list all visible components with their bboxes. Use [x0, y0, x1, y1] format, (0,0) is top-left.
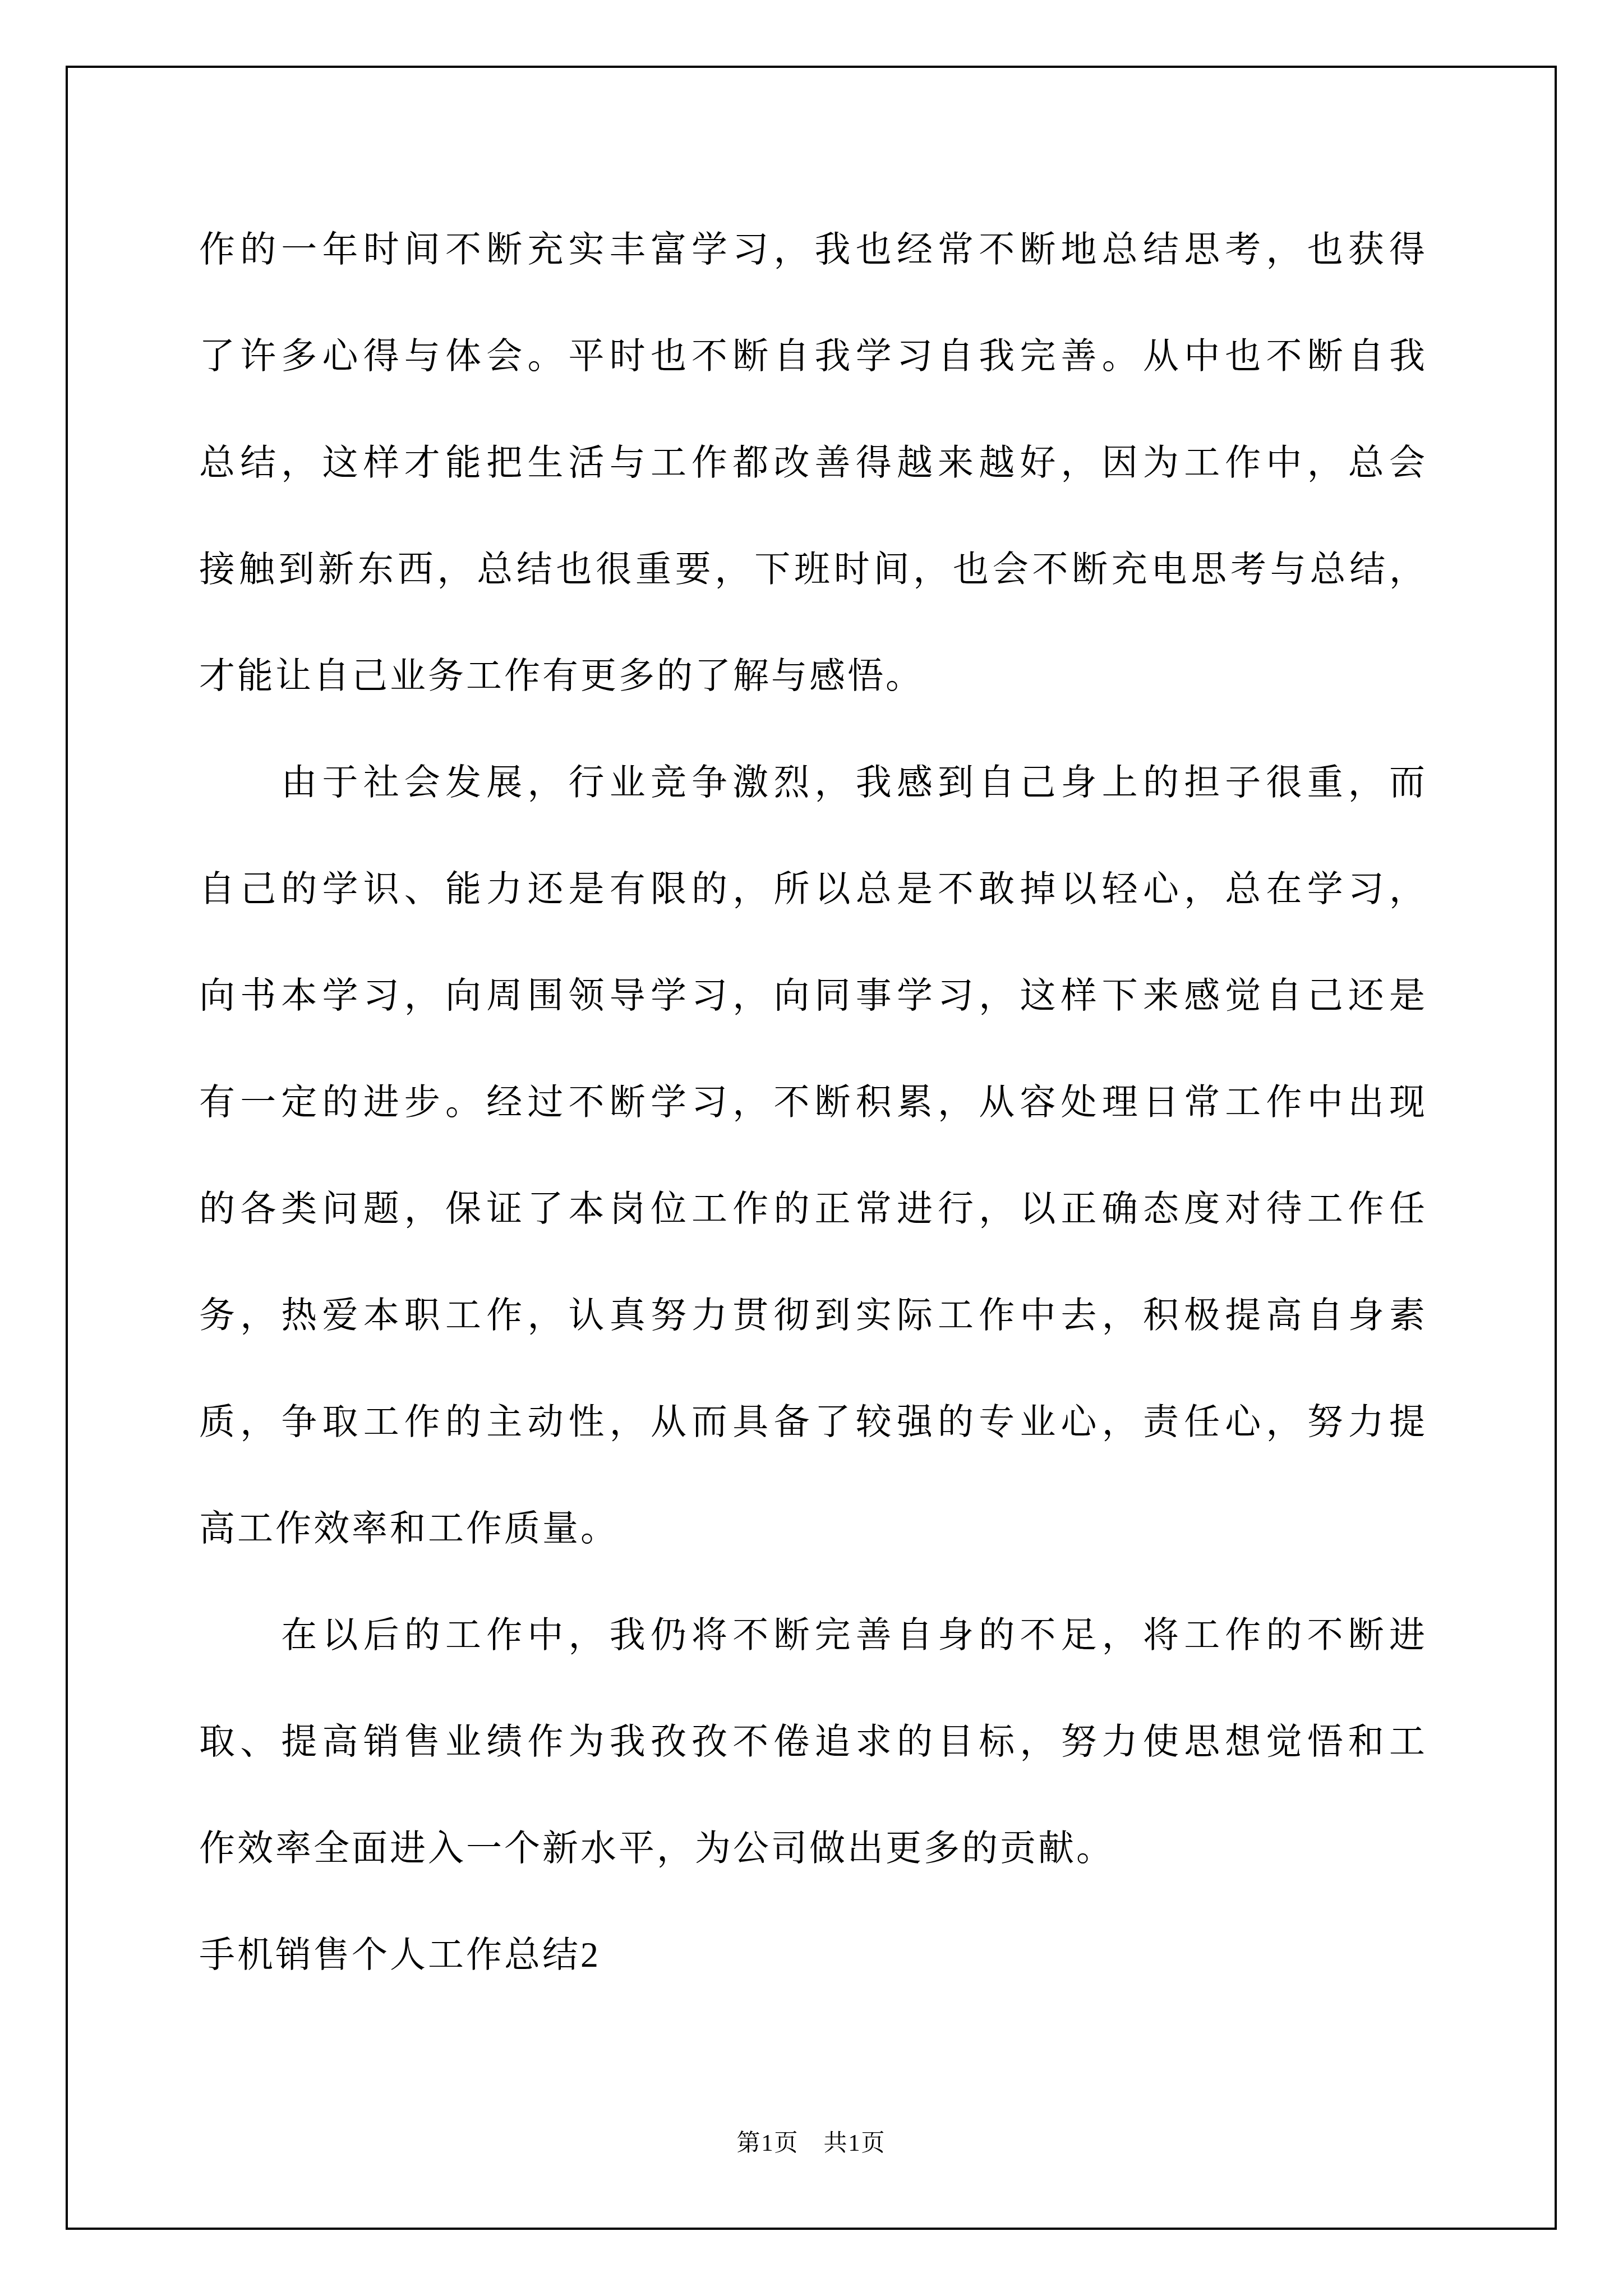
page-border-frame: 作的一年时间不断充实丰富学习，我也经常不断地总结思考，也获得了许多心得与体会。平… — [66, 66, 1557, 2230]
page-footer: 第1页 共1页 — [68, 2124, 1555, 2163]
text-line: 接触到新东西，总结也很重要，下班时间，也会不断充电思考与总结， — [199, 516, 1427, 623]
text-line: 自己的学识、能力还是有限的，所以总是不敢掉以轻心，总在学习， — [199, 836, 1427, 942]
text-line: 作效率全面进入一个新水平，为公司做出更多的贡献。 — [199, 1795, 1427, 1902]
text-line: 手机销售个人工作总结2 — [199, 1902, 1427, 2008]
text-line: 总结，这样才能把生活与工作都改善得越来越好，因为工作中，总会 — [199, 409, 1427, 516]
page-number-label: 第1页 共1页 — [736, 2131, 886, 2156]
document-body: 作的一年时间不断充实丰富学习，我也经常不断地总结思考，也获得了许多心得与体会。平… — [199, 196, 1427, 2008]
text-line: 向书本学习，向周围领导学习，向同事学习，这样下来感觉自己还是 — [199, 942, 1427, 1049]
text-line: 由于社会发展，行业竞争激烈，我感到自己身上的担子很重，而 — [199, 729, 1427, 836]
text-line: 作的一年时间不断充实丰富学习，我也经常不断地总结思考，也获得 — [199, 196, 1427, 303]
text-line: 了许多心得与体会。平时也不断自我学习自我完善。从中也不断自我 — [199, 303, 1427, 409]
text-line: 才能让自己业务工作有更多的了解与感悟。 — [199, 623, 1427, 729]
text-line: 高工作效率和工作质量。 — [199, 1475, 1427, 1582]
text-line: 有一定的进步。经过不断学习，不断积累，从容处理日常工作中出现 — [199, 1049, 1427, 1156]
text-line: 质，争取工作的主动性，从而具备了较强的专业心，责任心，努力提 — [199, 1369, 1427, 1475]
text-line: 取、提高销售业绩作为我孜孜不倦追求的目标，努力使思想觉悟和工 — [199, 1688, 1427, 1795]
text-line: 在以后的工作中，我仍将不断完善自身的不足，将工作的不断进 — [199, 1582, 1427, 1688]
text-line: 的各类问题，保证了本岗位工作的正常进行，以正确态度对待工作任 — [199, 1156, 1427, 1262]
text-line: 务，热爱本职工作，认真努力贯彻到实际工作中去，积极提高自身素 — [199, 1262, 1427, 1369]
